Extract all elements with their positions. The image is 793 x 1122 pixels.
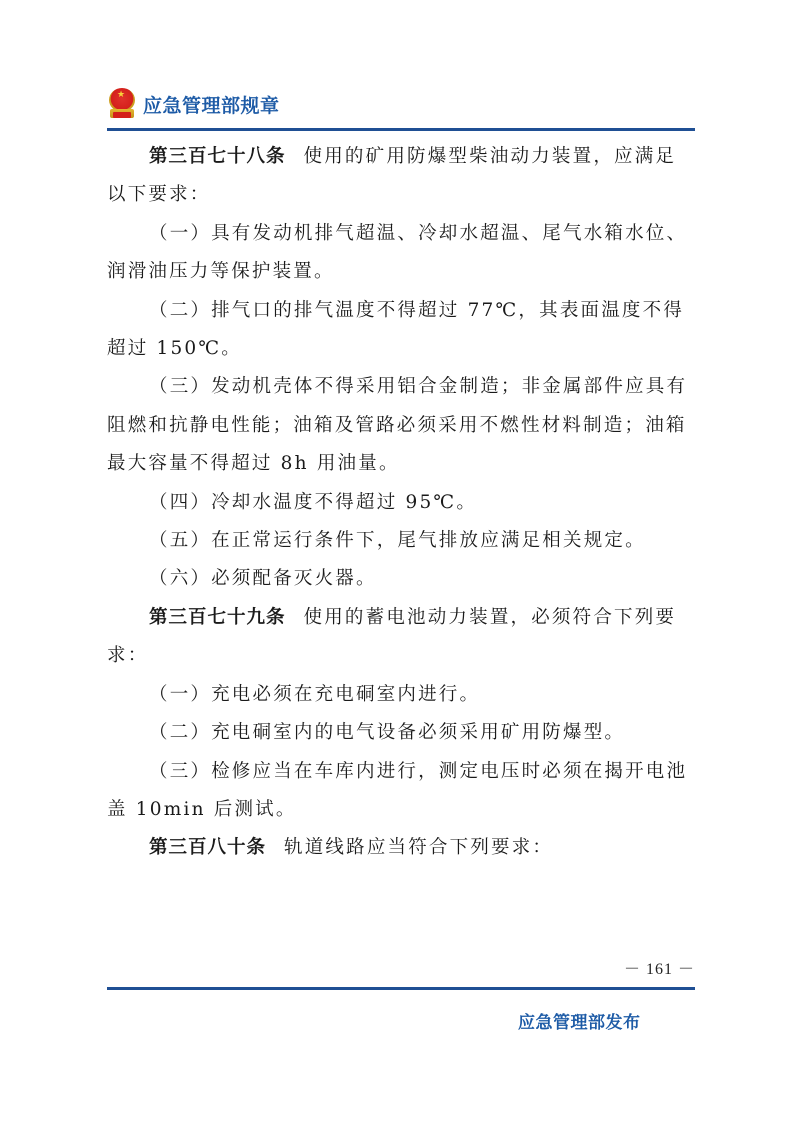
- document-body: 第三百七十八条使用的矿用防爆型柴油动力装置，应满足 以下要求： （一）具有发动机…: [107, 138, 697, 868]
- list-item-cont: 润滑油压力等保护装置。: [107, 253, 697, 291]
- footer-divider: [107, 987, 695, 990]
- footer-publisher: 应急管理部发布: [518, 1008, 641, 1033]
- list-item: （六）必须配备灭火器。: [107, 560, 697, 598]
- list-item: （二）充电硐室内的电气设备必须采用矿用防爆型。: [107, 714, 697, 752]
- list-item: （三）检修应当在车库内进行，测定电压时必须在揭开电池: [107, 753, 697, 791]
- article-title: 第三百七十八条: [149, 146, 286, 167]
- article-378-intro: 第三百七十八条使用的矿用防爆型柴油动力装置，应满足: [107, 138, 697, 176]
- header-title: 应急管理部规章: [143, 91, 280, 118]
- header-divider: [107, 128, 695, 131]
- article-379-intro: 第三百七十九条使用的蓄电池动力装置，必须符合下列要: [107, 599, 697, 637]
- list-item: （四）冷却水温度不得超过 95℃。: [107, 484, 697, 522]
- article-380-intro: 第三百八十条轨道线路应当符合下列要求：: [107, 829, 697, 867]
- national-emblem-icon: ★: [107, 88, 137, 120]
- list-item-cont: 阻燃和抗静电性能；油箱及管路必须采用不燃性材料制造；油箱: [107, 407, 697, 445]
- list-item: （五）在正常运行条件下，尾气排放应满足相关规定。: [107, 522, 697, 560]
- list-item: （一）具有发动机排气超温、冷却水超温、尾气水箱水位、: [107, 215, 697, 253]
- list-item: （三）发动机壳体不得采用铝合金制造；非金属部件应具有: [107, 368, 697, 406]
- article-378-intro-cont: 以下要求：: [107, 176, 697, 214]
- article-379-intro-cont: 求：: [107, 637, 697, 675]
- article-title: 第三百八十条: [149, 837, 266, 858]
- page-header: ★ 应急管理部规章: [107, 84, 280, 124]
- list-item: （一）充电必须在充电硐室内进行。: [107, 676, 697, 714]
- list-item: （二）排气口的排气温度不得超过 77℃，其表面温度不得: [107, 292, 697, 330]
- article-title: 第三百七十九条: [149, 607, 286, 628]
- page-number: － 161 －: [624, 956, 695, 979]
- list-item-cont: 超过 150℃。: [107, 330, 697, 368]
- list-item-cont: 最大容量不得超过 8h 用油量。: [107, 445, 697, 483]
- list-item-cont: 盖 10min 后测试。: [107, 791, 697, 829]
